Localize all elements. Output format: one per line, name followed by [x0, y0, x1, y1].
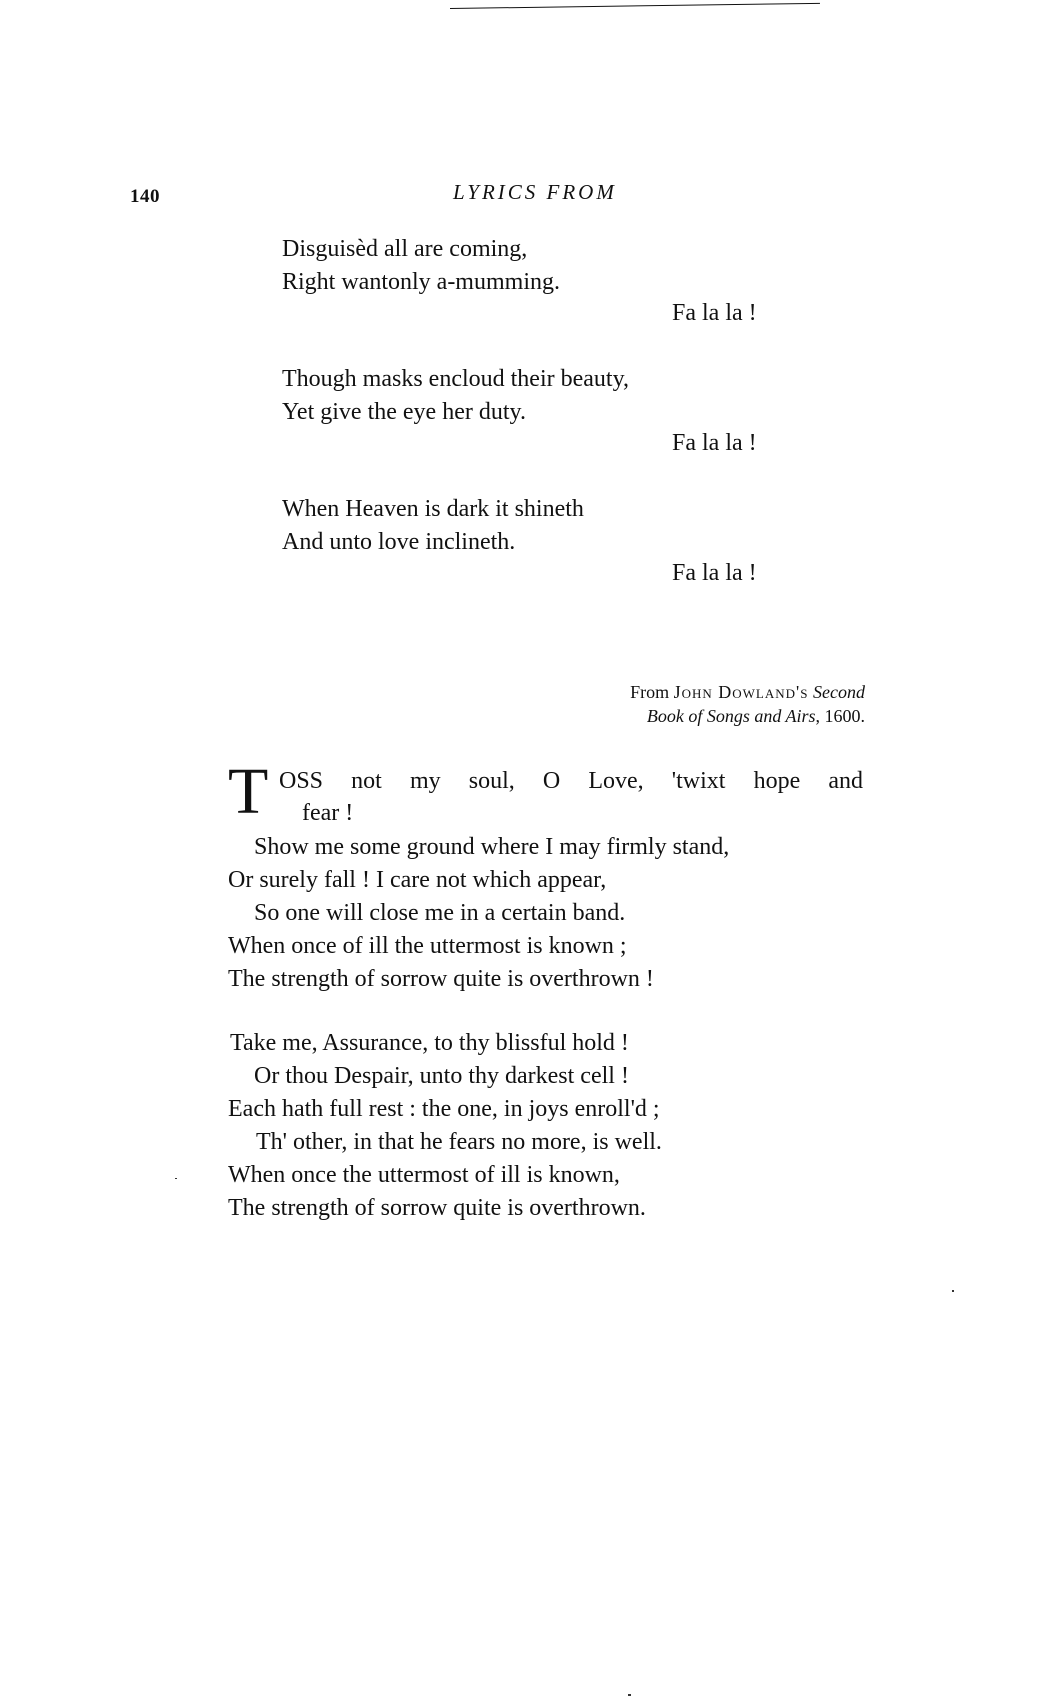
verse-line: When once of ill the uttermost is known …: [228, 933, 627, 960]
verse-line: OSS not my soul, O Love, 'twixt hope and: [279, 768, 863, 795]
verse-line: Th' other, in that he fears no more, is …: [256, 1129, 662, 1156]
verse-line: Though masks encloud their beauty,: [282, 363, 629, 396]
attribution-title-2: Book of Songs and Airs: [647, 706, 816, 726]
attribution: From John Dowland's Second Book of Songs…: [630, 680, 865, 728]
verse-line: Each hath full rest : the one, in joys e…: [228, 1096, 660, 1123]
attribution-year: , 1600.: [816, 706, 866, 726]
verse-line: Right wantonly a-mumming.: [282, 266, 560, 299]
refrain: Fa la la !: [672, 560, 757, 587]
page-number: 140: [130, 186, 160, 208]
verse-line: And unto love inclineth.: [282, 526, 515, 559]
verse-line: When once the uttermost of ill is known,: [228, 1162, 620, 1189]
attribution-author: John Dowland's: [674, 682, 809, 702]
verse-line: When Heaven is dark it shineth: [282, 493, 584, 526]
attribution-prefix: From: [630, 682, 674, 702]
verse-line: Yet give the eye her duty.: [282, 396, 526, 429]
verse-line: The strength of sorrow quite is overthro…: [228, 966, 654, 993]
verse-line: The strength of sorrow quite is overthro…: [228, 1195, 646, 1222]
running-head: LYRICS FROM: [453, 180, 617, 205]
refrain: Fa la la !: [672, 300, 757, 327]
refrain: Fa la la !: [672, 430, 757, 457]
top-scan-rule: [450, 3, 820, 9]
verse-line: So one will close me in a certain band.: [254, 900, 625, 927]
scan-speck: [628, 1694, 631, 1696]
drop-cap: T: [228, 762, 268, 822]
attribution-line-2: Book of Songs and Airs, 1600.: [630, 704, 865, 728]
verse-line: Show me some ground where I may firmly s…: [254, 834, 729, 861]
attribution-title-1: Second: [813, 682, 865, 702]
scan-speck: [175, 1178, 177, 1179]
verse-line: Or surely fall ! I care not which appear…: [228, 867, 606, 894]
scan-speck: [952, 1290, 954, 1292]
verse-line: Disguisèd all are coming,: [282, 233, 527, 266]
verse-line: Or thou Despair, unto thy darkest cell !: [254, 1063, 629, 1090]
verse-line: Take me, Assurance, to thy blissful hold…: [230, 1030, 629, 1057]
verse-line: fear !: [302, 800, 353, 827]
attribution-line-1: From John Dowland's Second: [630, 680, 865, 704]
